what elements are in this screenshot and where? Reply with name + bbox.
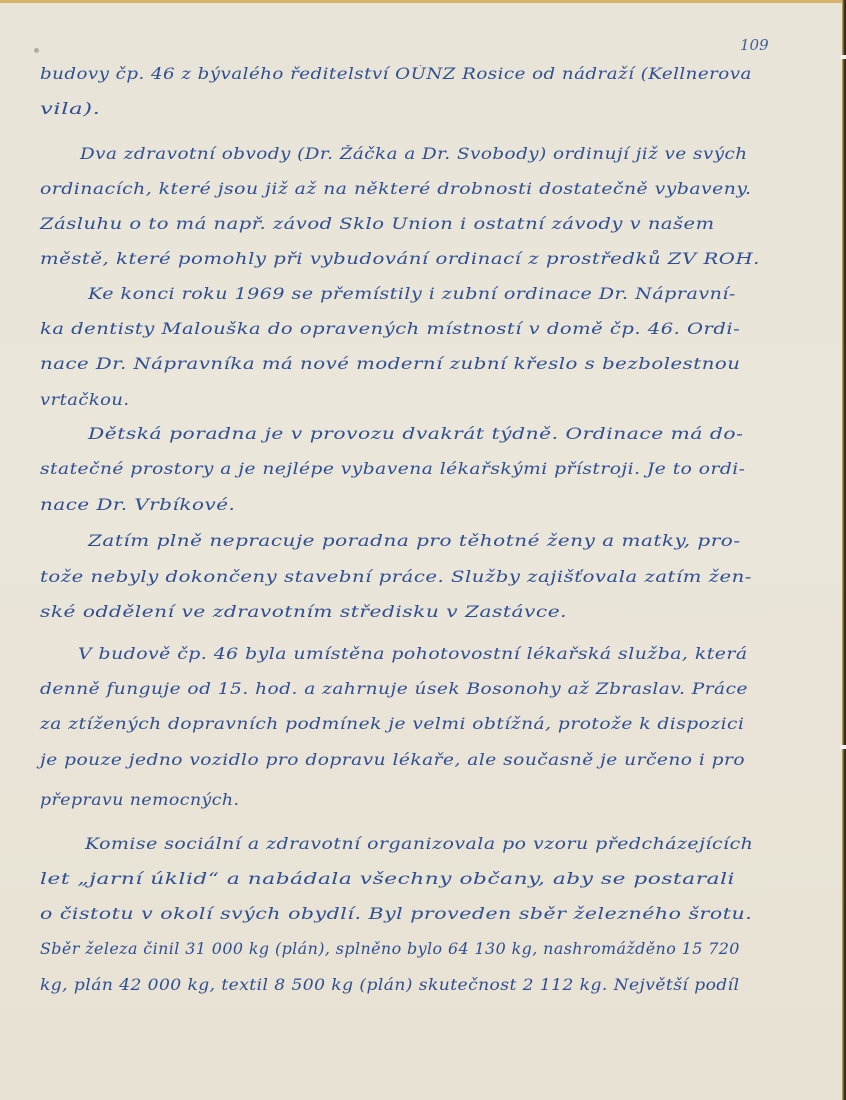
handwritten-line: tože nebyly dokončeny stavební práce. Sl…	[40, 568, 752, 586]
handwritten-line: Zatím plně nepracuje poradna pro těhotné…	[88, 532, 741, 550]
handwritten-line: o čistotu v okolí svých obydlí. Byl prov…	[40, 905, 752, 923]
handwritten-line: vrtačkou.	[40, 391, 129, 409]
handwritten-line: přepravu nemocných.	[40, 791, 239, 809]
handwritten-line: budovy čp. 46 z bývalého ředitelství OÚN…	[40, 65, 752, 83]
document-page: 109 budovy čp. 46 z bývalého ředitelství…	[0, 3, 842, 1100]
handwritten-line: Zásluhu o to má např. závod Sklo Union i…	[40, 215, 715, 233]
handwritten-line: ské oddělení ve zdravotním středisku v Z…	[40, 603, 567, 621]
handwritten-line: denně funguje od 15. hod. a zahrnuje úse…	[40, 680, 748, 698]
handwritten-line: městě, které pomohly při vybudování ordi…	[40, 250, 760, 268]
handwritten-line: V budově čp. 46 byla umístěna pohotovost…	[78, 645, 748, 663]
handwritten-line: statečné prostory a je nejlépe vybavena …	[40, 460, 745, 478]
handwritten-line: Sběr železa činil 31 000 kg (plán), spln…	[40, 940, 740, 958]
handwritten-line: je pouze jedno vozidlo pro dopravu lékař…	[40, 751, 745, 769]
handwritten-line: kg, plán 42 000 kg, textil 8 500 kg (plá…	[40, 976, 740, 994]
handwritten-line: Komise sociální a zdravotní organizovala…	[85, 835, 753, 853]
handwritten-line: let „jarní úklid“ a nabádala všechny obč…	[40, 870, 735, 888]
handwritten-line: Dva zdravotní obvody (Dr. Žáčka a Dr. Sv…	[80, 145, 748, 163]
handwritten-line: Ke konci roku 1969 se přemístily i zubní…	[88, 285, 736, 303]
handwritten-line: Dětská poradna je v provozu dvakrát týdn…	[88, 425, 743, 443]
handwritten-line: ka dentisty Malouška do opravených místn…	[40, 320, 740, 338]
edge-marker	[840, 55, 846, 59]
handwritten-line: nace Dr. Vrbíkové.	[40, 496, 235, 514]
handwritten-line: za ztížených dopravních podmínek je velm…	[40, 715, 744, 733]
handwritten-line: vila).	[40, 100, 100, 118]
handwritten-line: nace Dr. Nápravníka má nové moderní zubn…	[40, 355, 740, 373]
handwritten-line: ordinacích, které jsou již až na některé…	[40, 180, 751, 198]
punch-hole-mark	[34, 48, 39, 53]
page-right-edge	[842, 0, 846, 1100]
edge-marker	[840, 745, 846, 749]
page-number: 109	[740, 36, 769, 54]
